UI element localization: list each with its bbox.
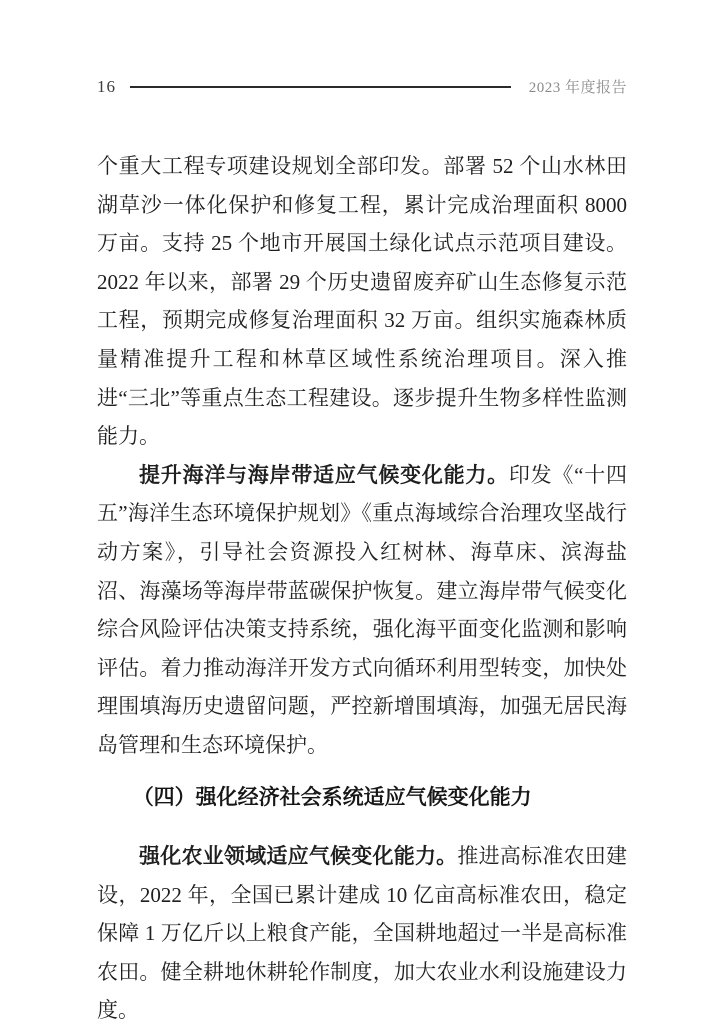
report-title: 2023 年度报告 [529, 76, 627, 97]
page-content: 个重大工程专项建设规划全部印发。部署 52 个山水林田湖草沙一体化保护和修复工程… [97, 147, 627, 1023]
paragraph-agriculture-lead: 强化农业领域适应气候变化能力。 [139, 844, 457, 868]
paragraph-ocean-coast-body: 印发《“十四五”海洋生态环境保护规划》《重点海域综合治理攻坚战行动方案》，引导社… [97, 463, 627, 757]
header-rule [130, 86, 511, 88]
page-number: 16 [97, 77, 116, 97]
paragraph-ocean-coast: 提升海洋与海岸带适应气候变化能力。印发《“十四五”海洋生态环境保护规划》《重点海… [97, 456, 627, 765]
paragraph-agriculture: 强化农业领域适应气候变化能力。推进高标准农田建设，2022 年，全国已累计建成 … [97, 837, 627, 1023]
section-heading-four: （四）强化经济社会系统适应气候变化能力 [97, 779, 627, 818]
document-page: 16 2023 年度报告 个重大工程专项建设规划全部印发。部署 52 个山水林田… [0, 0, 724, 1023]
paragraph-agriculture-body: 推进高标准农田建设，2022 年，全国已累计建成 10 亿亩高标准农田，稳定保障… [97, 844, 627, 1022]
paragraph-continuation: 个重大工程专项建设规划全部印发。部署 52 个山水林田湖草沙一体化保护和修复工程… [97, 147, 627, 456]
paragraph-ocean-coast-lead: 提升海洋与海岸带适应气候变化能力。 [139, 463, 509, 487]
page-header: 16 2023 年度报告 [97, 76, 627, 97]
